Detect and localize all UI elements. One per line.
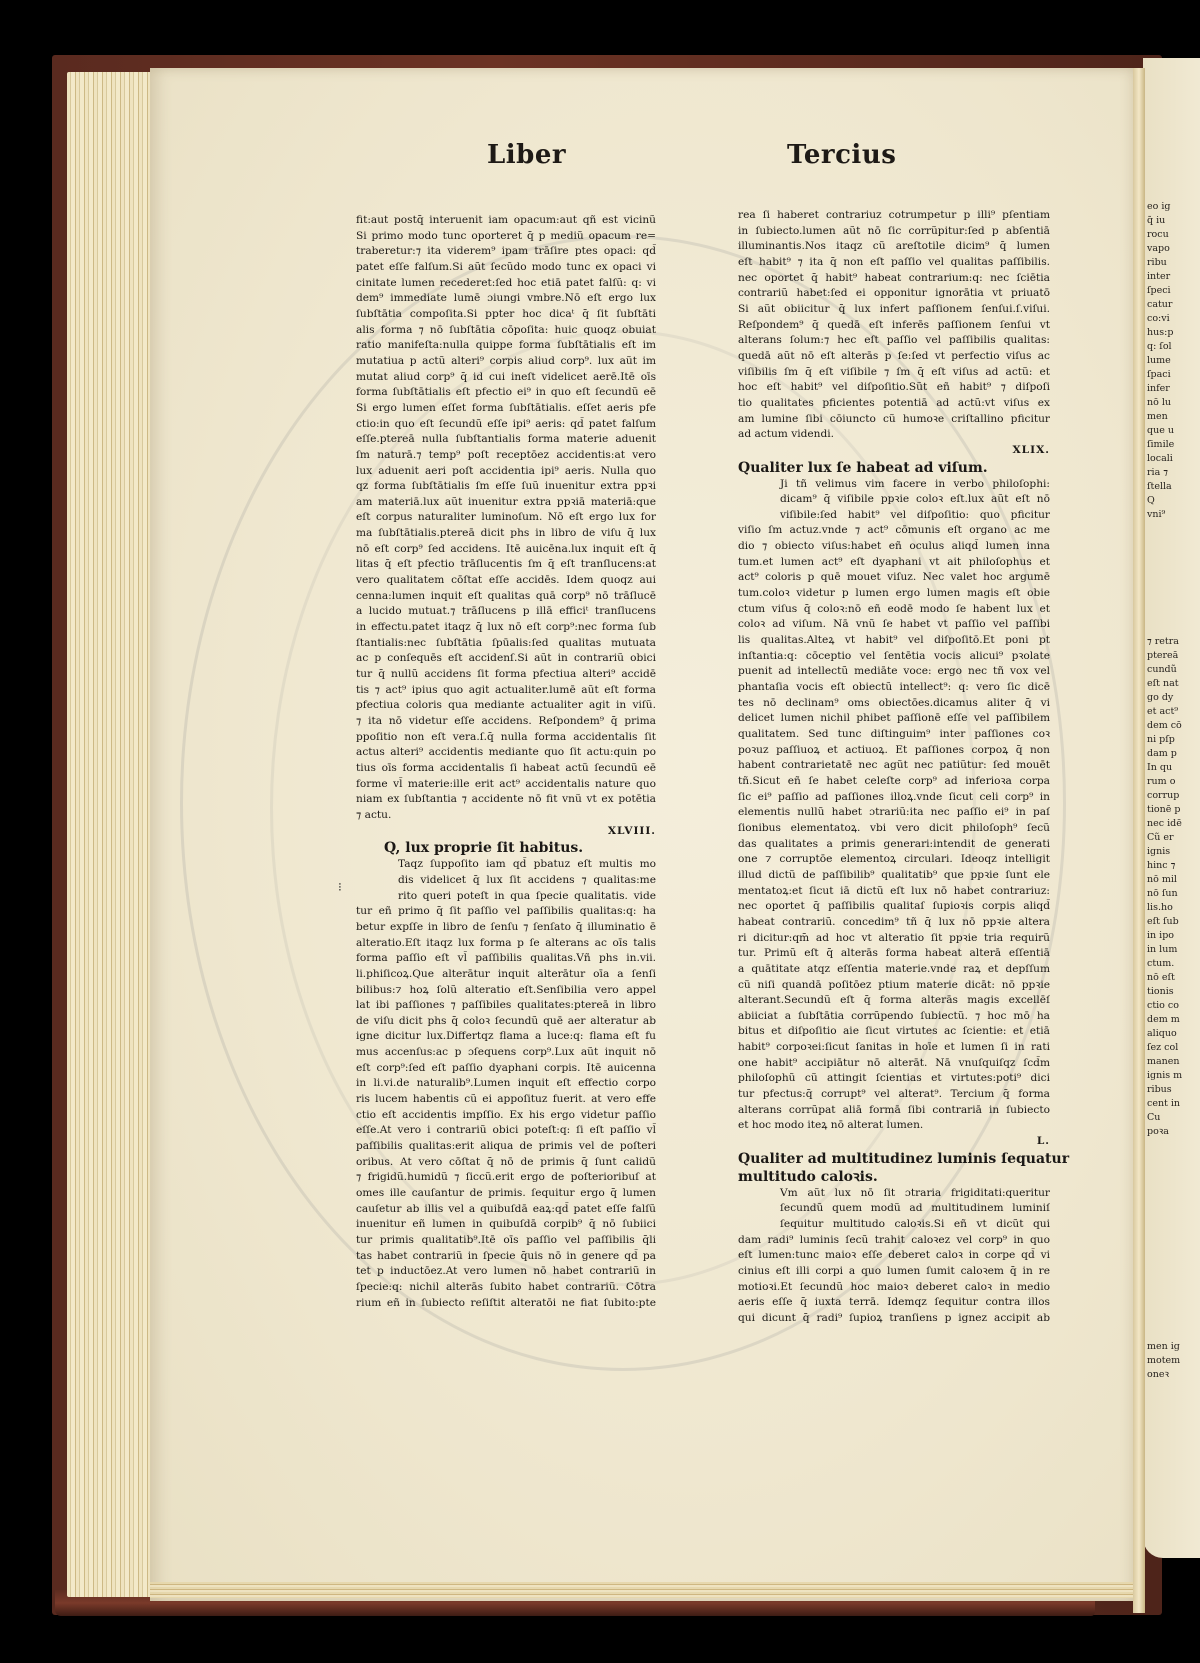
text-line: Qualiter ad multitudinez luminis ſequatu… — [738, 1150, 1050, 1168]
text-line: de viſu dicit phs q̄ coloꝛ ſecundũ quē a… — [356, 1014, 656, 1030]
text-line: ſm naturā.⁊ temp⁹ poſt receptōez acciden… — [356, 448, 656, 464]
folio-number-l: L. — [738, 1134, 1050, 1150]
facing-page-fragment: ⁊ retra — [1147, 635, 1200, 649]
text-line: phantaſia vocis eſt obiectũ intellect⁹: … — [738, 680, 1050, 696]
text-line: aeris eſſe q̄ iuxta terrā. Idemqz ſequit… — [738, 1295, 1050, 1311]
page-bottom-edge — [150, 1582, 1140, 1598]
text-line: ri dicitur:qm̄ ad hoc vt alteratio ſit p… — [738, 931, 1050, 947]
facing-page-fragment: go dy — [1147, 691, 1200, 705]
facing-page-fragment: ni pſp — [1147, 733, 1200, 747]
text-line: forme vl̄ materie:ille erit act⁹ acciden… — [356, 777, 656, 793]
text-line: forma paſſio eſt vl̄ paſſibilis qualitas… — [356, 951, 656, 967]
text-line: forma ſubſtātialis eſt pfectio ei⁹ in qu… — [356, 385, 656, 401]
text-line: in ſubiecto.lumen aũt nō ſic corrũpitur:… — [738, 224, 1050, 240]
text-line: eſt corp⁹:ſed eſt paſſio dyaphani corpis… — [356, 1061, 656, 1077]
text-line: ac p conſequēs eſt accidenſ.Si aũt in co… — [356, 651, 656, 667]
facing-page-fragment: nō mil — [1147, 873, 1200, 887]
facing-page-fragment: locali — [1147, 452, 1200, 466]
text-line: in effectu.patet itaqz q̄ lux nō eſt cor… — [356, 620, 656, 636]
text-line: tius oīs forma accidentalis ſi habeat ac… — [356, 761, 656, 777]
facing-page-fragment: nō ſun — [1147, 887, 1200, 901]
text-line: rito queri poteſt in qua ſpecie qualitat… — [356, 889, 656, 905]
text-line: ma ſubſtātialis.ptereā dicit phs in libr… — [356, 526, 656, 542]
facing-page-fragment: motem — [1147, 1354, 1200, 1368]
text-line: alterans ſolum:⁊ hec eſt paſſio vel paſſ… — [738, 333, 1050, 349]
facing-page-fragment: infer — [1147, 382, 1200, 396]
text-line: lux aduenit aeri poſt accidentia ipi⁹ ae… — [356, 464, 656, 480]
text-line: traberetur:⁊ ita viderem⁹ ipam trāſire p… — [356, 244, 656, 260]
facing-page-fragment: ſpeci — [1147, 284, 1200, 298]
text-line: Si ergo lumen eſſet forma ſubſtātialis. … — [356, 401, 656, 417]
text-line: mentatoꝝ:et ſicut iā dictũ eſt lux nō ha… — [738, 884, 1050, 900]
text-line: rium eñ in ſubiecto reſiſtit alteratōi n… — [356, 1296, 656, 1312]
text-line: tas habet contrariũ in ſpecie q̄uis nō i… — [356, 1249, 656, 1265]
text-line: eſſe.ptereā nulla ſubſtantialis forma ma… — [356, 432, 656, 448]
text-line: one ⁊ corruptōe elementoꝝ circulari. Ide… — [738, 852, 1050, 868]
facing-page-fragment: q̄ iu — [1147, 214, 1200, 228]
text-line: ſubſtātia compoſita.Si ppter hoc dicaᵗ q… — [356, 307, 656, 323]
text-line: ſionibus elementatoꝝ. vbi vero dicit phi… — [738, 821, 1050, 837]
text-line: qz forma ſubſtātialis ſm eſſe ſuũ inueni… — [356, 479, 656, 495]
facing-page-fragment: catur — [1147, 298, 1200, 312]
facing-page-fragment: oneꝛ — [1147, 1368, 1200, 1382]
text-line: tet p inductōez.At vero lumen nō habet c… — [356, 1264, 656, 1280]
text-line: tes nō declinam⁹ oms obiectōes.dicamus a… — [738, 696, 1050, 712]
text-line: delicet lumen nichil phibet paſſionē eſſ… — [738, 711, 1050, 727]
facing-page-fragment: men — [1147, 410, 1200, 424]
text-line: dem⁹ immediate lumē ɔiungi vmbre.Nō eſt … — [356, 291, 656, 307]
text-line: hoc eſt habit⁹ vel diſpoſitio.Sũt eñ hab… — [738, 380, 1050, 396]
text-line: habit⁹ corpoꝛei:ſicut ſanitas in hoīe et… — [738, 1040, 1050, 1056]
facing-page-fragment: men ig — [1147, 1340, 1200, 1354]
text-line: ſtantialis:nec ſubſtātia ſpūalis:ſed qua… — [356, 636, 656, 652]
text-line: bitus et diſpoſitio aie ſicut virtutes a… — [738, 1024, 1050, 1040]
facing-page-fragment: cundũ — [1147, 663, 1200, 677]
text-line: omes ille cauſantur de primis. ſequitur … — [356, 1186, 656, 1202]
text-line: alterans corrũpat aliā formā ſibi contra… — [738, 1103, 1050, 1119]
text-line: dicam⁹ q̄ viſibile ppꝛie coloꝛ eſt.lux a… — [738, 492, 1050, 508]
indented-opening-right-2: Vm aũt lux nō ſit ɔtraria frigiditati:qu… — [738, 1186, 1050, 1233]
text-line: tur q̄ nullũ accidens ſit forma pfectiua… — [356, 667, 656, 683]
facing-page-fragment: ctio co — [1147, 999, 1200, 1013]
text-line: puenit ad intellectũ mediāte voce: ergo … — [738, 664, 1050, 680]
facing-page-fragment: eo ig — [1147, 200, 1200, 214]
text-line: a quātitate atqz eſſentia materie.vnde r… — [738, 962, 1050, 978]
facing-page-fragment: manen — [1147, 1055, 1200, 1069]
text-line: bilibus:⁊ hoꝝ ſolũ alteratio eſt.Senſibi… — [356, 983, 656, 999]
text-line: ⁊ actu. — [356, 808, 656, 824]
text-line: igne dicitur lux.Differtqz flama a luce:… — [356, 1029, 656, 1045]
text-line: pfectiua coloris qua mediante actualiter… — [356, 698, 656, 714]
section-heading-habitus: Q, lux proprie ſit habitus. — [356, 839, 656, 857]
text-line: viſibilis ſm q̄ eſt viſibile ⁊ ſm q̄ eſt… — [738, 365, 1050, 381]
text-line: betur expſſe in libro de ſenſu ⁊ ſenſato… — [356, 920, 656, 936]
text-line: ſequitur multitudo caloꝛis.Si eñ vt dicũ… — [738, 1217, 1050, 1233]
page-stack-edges — [67, 72, 157, 1597]
facing-page-fragment: nec idē — [1147, 817, 1200, 831]
facing-page-fragment: ribus — [1147, 1083, 1200, 1097]
facing-page-fragment: poꝛa — [1147, 1125, 1200, 1139]
text-line: dam radi⁹ luminis ſecũ trahit caloꝛez ve… — [738, 1233, 1050, 1249]
text-line: tur eñ primo q̄ ſit paſſio vel paſſibili… — [356, 904, 656, 920]
text-line: alterant.Secundũ eſt q̄ forma alterās ma… — [738, 993, 1050, 1009]
text-line: alteratio.Eſt itaqz lux forma p ſe alter… — [356, 936, 656, 952]
marginal-mark: ⁝ — [338, 880, 342, 894]
text-line: Ji tñ velimus vim facere in verbo philoſ… — [738, 477, 1050, 493]
facing-page-text-bottom: men igmotemoneꝛ — [1147, 1340, 1200, 1382]
facing-page-fragment: corrup — [1147, 789, 1200, 803]
text-line: ſecundũ quem modũ ad multitudinem lumini… — [738, 1201, 1050, 1217]
text-line: tur primis qualitatib⁹.Itē oīs paſſio ve… — [356, 1233, 656, 1249]
text-line: quedā aũt nō eſt alterās p ſe:ſed vt per… — [738, 349, 1050, 365]
facing-page-fragment: cent in — [1147, 1097, 1200, 1111]
text-line: lat ibi paſſiones ⁊ paſſibiles qualitate… — [356, 998, 656, 1014]
text-column-left: fit:aut postq̄ interuenit iam opacum:aut… — [356, 213, 656, 1311]
facing-page-fragment: hus:p — [1147, 326, 1200, 340]
text-line: dis videlicet q̄ lux ſit accidens ⁊ qual… — [356, 873, 656, 889]
text-line: alis forma ⁊ nō ſubſtātia cōpoſita: huic… — [356, 323, 656, 339]
facing-page-fragment: in lum — [1147, 943, 1200, 957]
text-line: vero qualitatem cōſtat eſſe accidēs. Ide… — [356, 573, 656, 589]
text-line: elementis nullũ habet ɔtrariũ:ita nec pa… — [738, 805, 1050, 821]
text-line: et hoc modo iteꝝ nō alterat lumen. — [738, 1118, 1050, 1134]
facing-page-fragment: hinc ⁊ — [1147, 859, 1200, 873]
text-line: cinius eſt illi corpi a quo lumen ſumit … — [738, 1264, 1050, 1280]
section-heading-visum: Qualiter lux ſe habeat ad viſum. — [738, 459, 1050, 477]
text-line: inuenitur eñ lumen in quibuſdā corpib⁹ q… — [356, 1217, 656, 1233]
paragraph-left-b: tur eñ primo q̄ ſit paſſio vel paſſibili… — [356, 904, 656, 1311]
text-line: eſt corpus naturaliter luminoſum. Nō eſt… — [356, 510, 656, 526]
text-line: tum.coloꝛ videtur p lumen ergo lumen mag… — [738, 586, 1050, 602]
facing-page-fragment: In qu — [1147, 761, 1200, 775]
facing-page-fragment: dem cō — [1147, 719, 1200, 733]
text-line: nō eſt corp⁹ ſed accidens. Itē auicēna.l… — [356, 542, 656, 558]
text-line: one habit⁹ accipiātur nō alterāt. Nā vnu… — [738, 1056, 1050, 1072]
text-line: eſſe.At vero i contrariũ obici poteſt:q:… — [356, 1123, 656, 1139]
text-line: ratio manifeſta:nulla quippe forma ſubſt… — [356, 338, 656, 354]
facing-page-fragment: ſtella — [1147, 480, 1200, 494]
text-line: habent contrarietatē nec agũt nec patiũt… — [738, 758, 1050, 774]
text-line: rea ſi haberet contrariuz cotrumpetur p … — [738, 208, 1050, 224]
text-line: tum.et lumen act⁹ eſt dyaphani vt ait ph… — [738, 555, 1050, 571]
text-line: Taqz ſuppoſito iam qd̄ pbatuz eſt multis… — [356, 857, 656, 873]
text-line: lis qualitas.Alteꝝ vt habit⁹ vel diſpoſi… — [738, 633, 1050, 649]
facing-page-fragment: nō eſt — [1147, 971, 1200, 985]
text-line: cinitate lumen recederet:ſed hoc etiā pa… — [356, 276, 656, 292]
facing-page-fragment: ctum. — [1147, 957, 1200, 971]
paragraph-right-a: rea ſi haberet contrariuz cotrumpetur p … — [738, 208, 1050, 443]
text-line: ad actum videndi. — [738, 427, 1050, 443]
facing-page-fragment: lume — [1147, 354, 1200, 368]
text-line: motioꝛi.Et ſecundũ hoc maioꝛ deberet cal… — [738, 1280, 1050, 1296]
facing-page-fragment: ſimile — [1147, 438, 1200, 452]
text-line: coloꝛ ad viſum. Nā vnũ ſe habet vt paſſi… — [738, 617, 1050, 633]
paragraph-left-a: fit:aut postq̄ interuenit iam opacum:aut… — [356, 213, 656, 824]
facing-page-fragment: tionis — [1147, 985, 1200, 999]
text-line: nec oportet q̄ paſſibilis qualitaſ ſupio… — [738, 899, 1050, 915]
text-line: viſio ſm actuz.vnde ⁊ act⁹ cōmunis eſt o… — [738, 523, 1050, 539]
facing-page-text-middle: ⁊ retraptereācundũeſt natgo dyet act⁹dem… — [1147, 635, 1200, 1139]
text-line: tis ⁊ act⁹ ipius quo agit actualiter.lum… — [356, 683, 656, 699]
text-line: viſibile:ſed habit⁹ vel diſpoſitio: quo … — [738, 508, 1050, 524]
text-line: ctio eſt accidentis impſſio. Ex his ergo… — [356, 1108, 656, 1124]
text-line: inſtantia:q: cōceptio vel ſentētia vocis… — [738, 649, 1050, 665]
text-line: philoſophũ cũ attingit ſcientias et virt… — [738, 1071, 1050, 1087]
text-line: patet eſſe falſum.Si aũt ſecũdo modo tun… — [356, 260, 656, 276]
text-line: dio ⁊ obiecto viſus:habet eñ oculus aliq… — [738, 539, 1050, 555]
facing-page-fragment: rum o — [1147, 775, 1200, 789]
text-line: habeat contrariũ. concedim⁹ tñ q̄ lux nō… — [738, 915, 1050, 931]
text-line: ⁊ frigidũ.humidũ ⁊ ſiccũ.erit ergo de po… — [356, 1170, 656, 1186]
text-line: eſt habit⁹ ⁊ ita q̄ non eſt paſſio vel q… — [738, 255, 1050, 271]
text-line: tur pfectus:q̄ corrupt⁹ vel alterat⁹. Te… — [738, 1087, 1050, 1103]
text-line: actus alteri⁹ accidentis mediante quo ſi… — [356, 745, 656, 761]
text-line: nec oportet q̄ habit⁹ habeat contrarium:… — [738, 271, 1050, 287]
facing-page-fragment: co:vi — [1147, 312, 1200, 326]
folio-number-xlviii: XLVIII. — [356, 824, 656, 840]
text-line: tur. Primũ eſt q̄ alterās forma habeat a… — [738, 946, 1050, 962]
text-line: ctio:in quo eſt ſecundũ eſſe ipi⁹ aeris:… — [356, 417, 656, 433]
text-line: illuminantis.Nos itaqz cũ areſtotile dic… — [738, 239, 1050, 255]
text-line: niam ex ſubſtantia ⁊ accidente nō fit vn… — [356, 792, 656, 808]
facing-page-fragment: dem m — [1147, 1013, 1200, 1027]
text-line: ſic ei⁹ paſſio ad paſſiones illoꝝ.vnde ſ… — [738, 790, 1050, 806]
facing-page-fragment: in ipo — [1147, 929, 1200, 943]
facing-page-fragment: et act⁹ — [1147, 705, 1200, 719]
running-head-right: Tercius — [787, 140, 896, 170]
text-line: abiiciat a ſubſtātia corrũpendo ſubiectũ… — [738, 1009, 1050, 1025]
facing-page-fragment: vni⁹ — [1147, 508, 1200, 522]
indented-opening-right-1: Ji tñ velimus vim facere in verbo philoſ… — [738, 477, 1050, 524]
text-line: qui dicunt q̄ radi⁹ ſupioꝝ tranſiens p i… — [738, 1311, 1050, 1327]
book-gutter — [1133, 68, 1145, 1613]
facing-page-fragment: dam p — [1147, 747, 1200, 761]
text-line: li.phiſicoꝝ.Que alterātur inquit alterāt… — [356, 967, 656, 983]
facing-page-fragment: ignis — [1147, 845, 1200, 859]
text-line: qualitatem. Sed tunc diſtinguim⁹ inter p… — [738, 727, 1050, 743]
text-line: oribus. At vero cōſtat q̄ nō de primis q… — [356, 1155, 656, 1171]
facing-page-fragment: nō lu — [1147, 396, 1200, 410]
paragraph-right-c: dam radi⁹ luminis ſecũ trahit caloꝛez ve… — [738, 1233, 1050, 1327]
paragraph-right-b: viſio ſm actuz.vnde ⁊ act⁹ cōmunis eſt o… — [738, 523, 1050, 1134]
text-line: Reſpondem⁹ q̄ quedā eſt inferēs paſſione… — [738, 318, 1050, 334]
facing-page-fragment: Cũ er — [1147, 831, 1200, 845]
running-head-left: Liber — [487, 140, 566, 170]
facing-page-fragment: Cu — [1147, 1111, 1200, 1125]
text-line: cenna:lumen inquit eſt qualitas quā corp… — [356, 589, 656, 605]
facing-page-fragment: Q — [1147, 494, 1200, 508]
text-line: multitudo caloꝛis. — [738, 1168, 1050, 1186]
facing-page-fragment: inter — [1147, 270, 1200, 284]
text-line: tñ.Sicut eñ ſe habet celeſte corp⁹ ad in… — [738, 774, 1050, 790]
facing-page-fragment: tionē p — [1147, 803, 1200, 817]
text-line: Si primo modo tunc oporteret q̄ p mediũ … — [356, 229, 656, 245]
text-line: act⁹ coloris p quē mouet viſuz. Nec vale… — [738, 570, 1050, 586]
text-line: cũ niſi quandā poſitōez ptium materie di… — [738, 978, 1050, 994]
facing-page-fragment: lis.ho — [1147, 901, 1200, 915]
facing-page-fragment: q: ſol — [1147, 340, 1200, 354]
text-line: ctum viſus q̄ coloꝛ:nō eñ eodē modo ſe h… — [738, 602, 1050, 618]
section-heading-caloris: Qualiter ad multitudinez luminis ſequatu… — [738, 1150, 1050, 1186]
text-line: illud dictũ de paſſibilib⁹ qualitatib⁹ q… — [738, 868, 1050, 884]
facing-page-fragment: ptereā — [1147, 649, 1200, 663]
facing-page-fragment: ſez col — [1147, 1041, 1200, 1055]
text-line: eſt lumen:tunc maioꝛ eſſe deberet caloꝛ … — [738, 1248, 1050, 1264]
text-line: ris lucem habentis cũ ei appoſituz fueri… — [356, 1092, 656, 1108]
text-line: litas q̄ eſt pfectio trāſlucentis ſm q̄ … — [356, 557, 656, 573]
text-line: Si aũt obiicitur q̄ lux infert paſſionem… — [738, 302, 1050, 318]
text-line: paſſibilis qualitas:erit aliqua de primi… — [356, 1139, 656, 1155]
text-line: mutatiua p actũ alteri⁹ corpis aliud cor… — [356, 354, 656, 370]
indented-opening-left: Taqz ſuppoſito iam qd̄ pbatuz eſt multis… — [356, 857, 656, 904]
facing-page-fragment: eſt ſub — [1147, 915, 1200, 929]
text-line: tio qualitates pficientes potentiā ad ac… — [738, 396, 1050, 412]
text-line: in li.vi.de naturalib⁹.Lumen inquit eſt … — [356, 1076, 656, 1092]
text-line: fit:aut postq̄ interuenit iam opacum:aut… — [356, 213, 656, 229]
text-line: am lumine ſibi cōiuncto cũ humoꝛe criſta… — [738, 412, 1050, 428]
text-line: am materiā.lux aũt inuenitur extra ppꝛiā… — [356, 495, 656, 511]
folio-number-xlix: XLIX. — [738, 443, 1050, 459]
facing-page-fragment: que u — [1147, 424, 1200, 438]
text-line: ⁊ ita nō videtur eſſe accidens. Reſponde… — [356, 714, 656, 730]
text-line: mus accenſus:ac p ɔſequens corp⁹.Lux aũt… — [356, 1045, 656, 1061]
text-line: mutat aliud corp⁹ q̄ id cui ineſt videli… — [356, 370, 656, 386]
facing-page-fragment: ignis m — [1147, 1069, 1200, 1083]
text-line: ſpecie:q: nichil alterās ſubito habet co… — [356, 1280, 656, 1296]
facing-page-fragment: ribu — [1147, 256, 1200, 270]
facing-page-text-top: eo igq̄ iurocuvaporibuinterſpecicaturco:… — [1147, 200, 1200, 522]
text-line: cauſetur ab illis vel a quibuſdā eaꝝ:qd̄… — [356, 1202, 656, 1218]
text-line: Vm aũt lux nō ſit ɔtraria frigiditati:qu… — [738, 1186, 1050, 1202]
facing-page-fragment: ſpaci — [1147, 368, 1200, 382]
facing-page-fragment: eſt nat — [1147, 677, 1200, 691]
text-line: ppoſitio non eſt vera.ſ.q̄ nulla forma a… — [356, 730, 656, 746]
text-column-right: rea ſi haberet contrariuz cotrumpetur p … — [738, 208, 1050, 1327]
facing-page-fragment: ria ⁊ — [1147, 466, 1200, 480]
text-line: poꝛuz paſſiuoꝝ et actiuoꝝ. Et paſſiones … — [738, 743, 1050, 759]
text-line: a lucido mutuat.⁊ trāſlucens p illā effi… — [356, 604, 656, 620]
facing-page-fragment: aliquo — [1147, 1027, 1200, 1041]
facing-page-fragment: vapo — [1147, 242, 1200, 256]
text-line: contrariũ habet:ſed ei opponitur ignorāt… — [738, 286, 1050, 302]
facing-page-fragment: rocu — [1147, 228, 1200, 242]
text-line: das qualitates a primis generari:intendi… — [738, 837, 1050, 853]
